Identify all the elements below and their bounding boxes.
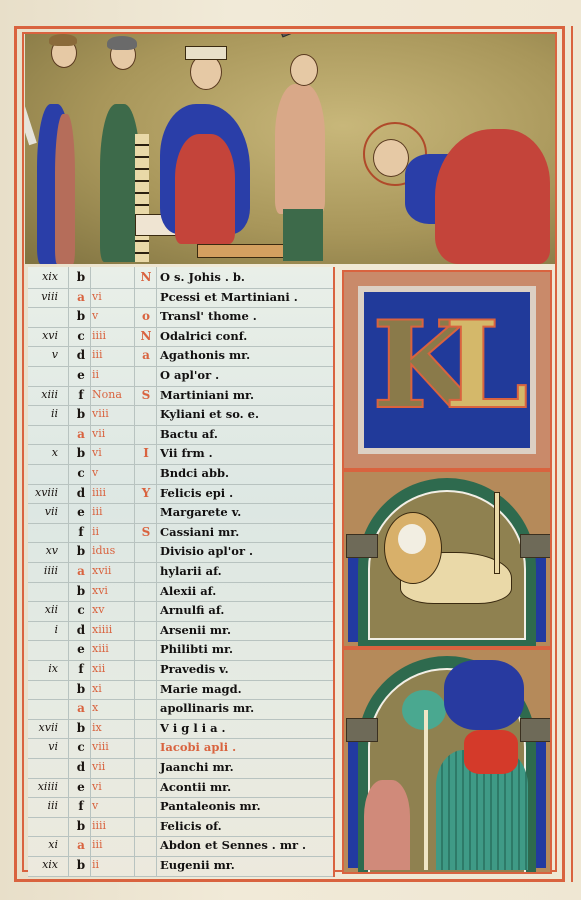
saint-feast: hylarii af. (160, 561, 332, 581)
saint-feast: Bndci abb. (160, 463, 332, 483)
martyrdom-miniature (25, 34, 555, 264)
saint-feast: Cassiani mr. (160, 522, 332, 542)
haymaker-red-hose (464, 730, 518, 774)
attendant-hair (49, 34, 77, 46)
dominical-letter: f (74, 796, 88, 816)
executioner-head (290, 54, 318, 86)
saint-feast: Bactu af. (160, 424, 332, 444)
saint-feast: Iacobi apli . (160, 737, 332, 757)
calendar-row: eiiO apl'or . (28, 365, 333, 387)
dominical-letter: f (74, 385, 88, 405)
dominical-letter: b (74, 443, 88, 463)
lion-face (398, 524, 426, 554)
sword-icon (25, 38, 37, 145)
roman-date: vi (92, 777, 136, 797)
dominical-letter: d (74, 757, 88, 777)
saint-head (373, 139, 409, 177)
calendar-row: xviiidiiiiYFelicis epi . (28, 483, 333, 505)
roman-date: v (92, 463, 136, 483)
dominical-letter: b (74, 306, 88, 326)
dominical-letter: b (74, 718, 88, 738)
dominical-letter: d (74, 620, 88, 640)
lion-tail (494, 492, 500, 574)
column-capital (346, 718, 378, 742)
roman-date: ii (92, 365, 136, 385)
calendar-row: iiifvPantaleonis mr. (28, 796, 333, 818)
roman-date: xv (92, 600, 136, 620)
initial-blue-ground: K L KL (364, 292, 530, 448)
golden-number: xv (30, 541, 58, 561)
dominical-letter: b (74, 581, 88, 601)
column-capital (520, 718, 552, 742)
saint-feast: Marie magd. (160, 679, 332, 699)
golden-number: iii (30, 796, 58, 816)
dominical-letter: b (74, 404, 88, 424)
golden-number: xiiii (30, 777, 58, 797)
calendar-row: xiicxvArnulfi af. (28, 600, 333, 622)
roman-date: vii (92, 424, 136, 444)
rubric-mark: Y (136, 483, 156, 503)
dominical-letter: e (74, 639, 88, 659)
saint-feast: Margarete v. (160, 502, 332, 522)
raised-sword-icon (277, 34, 423, 37)
roman-date: iii (92, 345, 136, 365)
saint-red-cloak (435, 129, 550, 264)
golden-number: xi (30, 835, 58, 855)
haymaker-below (364, 780, 410, 870)
saint-feast: Jaanchi mr. (160, 757, 332, 777)
rubric-mark: S (136, 385, 156, 405)
labour-haymaking-panel (342, 648, 552, 874)
roman-date: xvi (92, 581, 136, 601)
roman-date: v (92, 796, 136, 816)
dominical-letter: b (74, 855, 88, 875)
dominical-letter: a (74, 561, 88, 581)
saint-feast: Vii frm . (160, 443, 332, 463)
saint-feast: V i g l i a . (160, 718, 332, 738)
column-capital (520, 534, 552, 558)
golden-number: vi (30, 737, 58, 757)
attendant-hair (107, 36, 137, 50)
calendar-row: viieiiiMargarete v. (28, 502, 333, 524)
kl-initial-panel: K L KL (342, 270, 552, 470)
saint-feast: apollinaris mr. (160, 698, 332, 718)
rubric-mark: a (136, 345, 156, 365)
saint-feast: Pravedis v. (160, 659, 332, 679)
calendar-row: xbviIVii frm . (28, 443, 333, 465)
golden-number: ii (30, 404, 58, 424)
saint-feast: Agathonis mr. (160, 345, 332, 365)
golden-number: xvi (30, 326, 58, 346)
dominical-letter: e (74, 365, 88, 385)
calendar-row: fiiSCassiani mr. (28, 522, 333, 544)
attendant-green (100, 104, 140, 262)
executioner-tunic (275, 84, 325, 214)
calendar-row: cvBndci abb. (28, 463, 333, 485)
calendar-row: idxiiiiArsenii mr. (28, 620, 333, 642)
roman-date: xiiii (92, 620, 136, 640)
executioner-legs (283, 209, 323, 261)
dominical-letter: b (74, 267, 88, 287)
calendar-row: bxiMarie magd. (28, 679, 333, 701)
calendar-row: xiaiiiAbdon et Sennes . mr . (28, 835, 333, 857)
roman-date: xiii (92, 639, 136, 659)
saint-feast: Kyliani et so. e. (160, 404, 332, 424)
rubric-mark: N (136, 326, 156, 346)
roman-date: viii (92, 404, 136, 424)
golden-number: xvii (30, 718, 58, 738)
golden-number: x (30, 443, 58, 463)
roman-date: viii (92, 737, 136, 757)
golden-number: viii (30, 287, 58, 307)
dominical-letter: f (74, 659, 88, 679)
saint-feast: O s. Johis . b. (160, 267, 332, 287)
calendar-row: xixbiiEugenii mr. (28, 855, 333, 877)
dominical-letter: a (74, 698, 88, 718)
golden-number: xix (30, 267, 58, 287)
saint-feast: Martiniani mr. (160, 385, 332, 405)
dominical-letter: a (74, 835, 88, 855)
saint-feast: Pantaleonis mr. (160, 796, 332, 816)
saint-feast: Odalrici conf. (160, 326, 332, 346)
pitchfork-icon (424, 710, 428, 870)
saint-feast: Philibti mr. (160, 639, 332, 659)
golden-number: iiii (30, 561, 58, 581)
roman-date: iiii (92, 326, 136, 346)
roman-date: vi (92, 443, 136, 463)
calendar-row: xixbNO s. Johis . b. (28, 267, 333, 289)
golden-number: i (30, 620, 58, 640)
rubric-mark: o (136, 306, 156, 326)
roman-date: ii (92, 855, 136, 875)
calendar-row: xvbidusDivisio apl'or . (28, 541, 333, 563)
calendar-row: vdiiiaAgathonis mr. (28, 345, 333, 367)
roman-date: iii (92, 502, 136, 522)
dominical-letter: e (74, 777, 88, 797)
attendant-undertunic (55, 114, 75, 264)
roman-date: xii (92, 659, 136, 679)
dominical-letter: d (74, 345, 88, 365)
golden-number: xviii (30, 483, 58, 503)
roman-date: xvii (92, 561, 136, 581)
dominical-letter: b (74, 816, 88, 836)
throne (135, 134, 149, 262)
calendar-row: xviciiiiNOdalrici conf. (28, 326, 333, 348)
column-capital (346, 534, 378, 558)
rubric-mark: N (136, 267, 156, 287)
calendar-row: biiiiFelicis of. (28, 816, 333, 838)
calendar-row: xiiiieviAcontii mr. (28, 777, 333, 799)
right-ruling (571, 26, 573, 882)
roman-date: vi (92, 287, 136, 307)
golden-number: xiii (30, 385, 58, 405)
saint-feast: Pcessi et Martiniani . (160, 287, 332, 307)
calendar-row: vicviiiIacobi apli . (28, 737, 333, 759)
dominical-letter: c (74, 326, 88, 346)
dominical-letter: c (74, 463, 88, 483)
calendar-row: iiiiaxviihylarii af. (28, 561, 333, 583)
saint-feast: Acontii mr. (160, 777, 332, 797)
calendar-row: xviibixV i g l i a . (28, 718, 333, 740)
zodiac-leo-panel (342, 470, 552, 648)
rubric-mark: S (136, 522, 156, 542)
roman-date: vii (92, 757, 136, 777)
calendar-row: bxviAlexii af. (28, 581, 333, 603)
roman-date: ix (92, 718, 136, 738)
calendar-row: aviiBactu af. (28, 424, 333, 446)
roman-date: Nona (92, 385, 136, 405)
saint-feast: Divisio apl'or . (160, 541, 332, 561)
roman-date: xi (92, 679, 136, 699)
calendar-row: bvoTransl' thome . (28, 306, 333, 328)
roman-date: x (92, 698, 136, 718)
rubric-mark: I (136, 443, 156, 463)
roman-date: iiii (92, 483, 136, 503)
initial-l: L (444, 306, 528, 426)
calendar-row: viiiaviPcessi et Martiniani . (28, 287, 333, 309)
roman-date: iii (92, 835, 136, 855)
calendar-row: axapollinaris mr. (28, 698, 333, 720)
footstool (197, 244, 289, 258)
saint-feast: Arnulfi af. (160, 600, 332, 620)
dominical-letter: c (74, 737, 88, 757)
saint-feast: Felicis epi . (160, 483, 332, 503)
roman-date: idus (92, 541, 136, 561)
initial-frame: K L KL (358, 286, 536, 454)
dominical-letter: a (74, 287, 88, 307)
saint-feast: Alexii af. (160, 581, 332, 601)
saint-feast: Eugenii mr. (160, 855, 332, 875)
dominical-letter: f (74, 522, 88, 542)
saint-feast: Abdon et Sennes . mr . (160, 835, 332, 855)
calendar-row: exiiiPhilibti mr. (28, 639, 333, 661)
calendar-row: ixfxiiPravedis v. (28, 659, 333, 681)
calendar-row: iibviiiKyliani et so. e. (28, 404, 333, 426)
king-robe (175, 134, 235, 244)
saint-feast: Arsenii mr. (160, 620, 332, 640)
golden-number: ix (30, 659, 58, 679)
saint-feast: Transl' thome . (160, 306, 332, 326)
dominical-letter: b (74, 679, 88, 699)
roman-date: v (92, 306, 136, 326)
calendar-row: xiiifNonaSMartiniani mr. (28, 385, 333, 407)
calendar-row: dviiJaanchi mr. (28, 757, 333, 779)
calendar-table: xixbNO s. Johis . b.viiiaviPcessi et Mar… (28, 267, 335, 877)
saint-feast: Felicis of. (160, 816, 332, 836)
dominical-letter: c (74, 600, 88, 620)
dominical-letter: a (74, 424, 88, 444)
golden-number: v (30, 345, 58, 365)
haymaker-on-stack (444, 660, 524, 730)
roman-date: iiii (92, 816, 136, 836)
dominical-letter: e (74, 502, 88, 522)
golden-number: xii (30, 600, 58, 620)
roman-date: ii (92, 522, 136, 542)
golden-number: vii (30, 502, 58, 522)
crown-icon (185, 46, 227, 60)
saint-feast: O apl'or . (160, 365, 332, 385)
dominical-letter: b (74, 541, 88, 561)
dominical-letter: d (74, 483, 88, 503)
manuscript-page: xixbNO s. Johis . b.viiiaviPcessi et Mar… (0, 0, 581, 900)
golden-number: xix (30, 855, 58, 875)
